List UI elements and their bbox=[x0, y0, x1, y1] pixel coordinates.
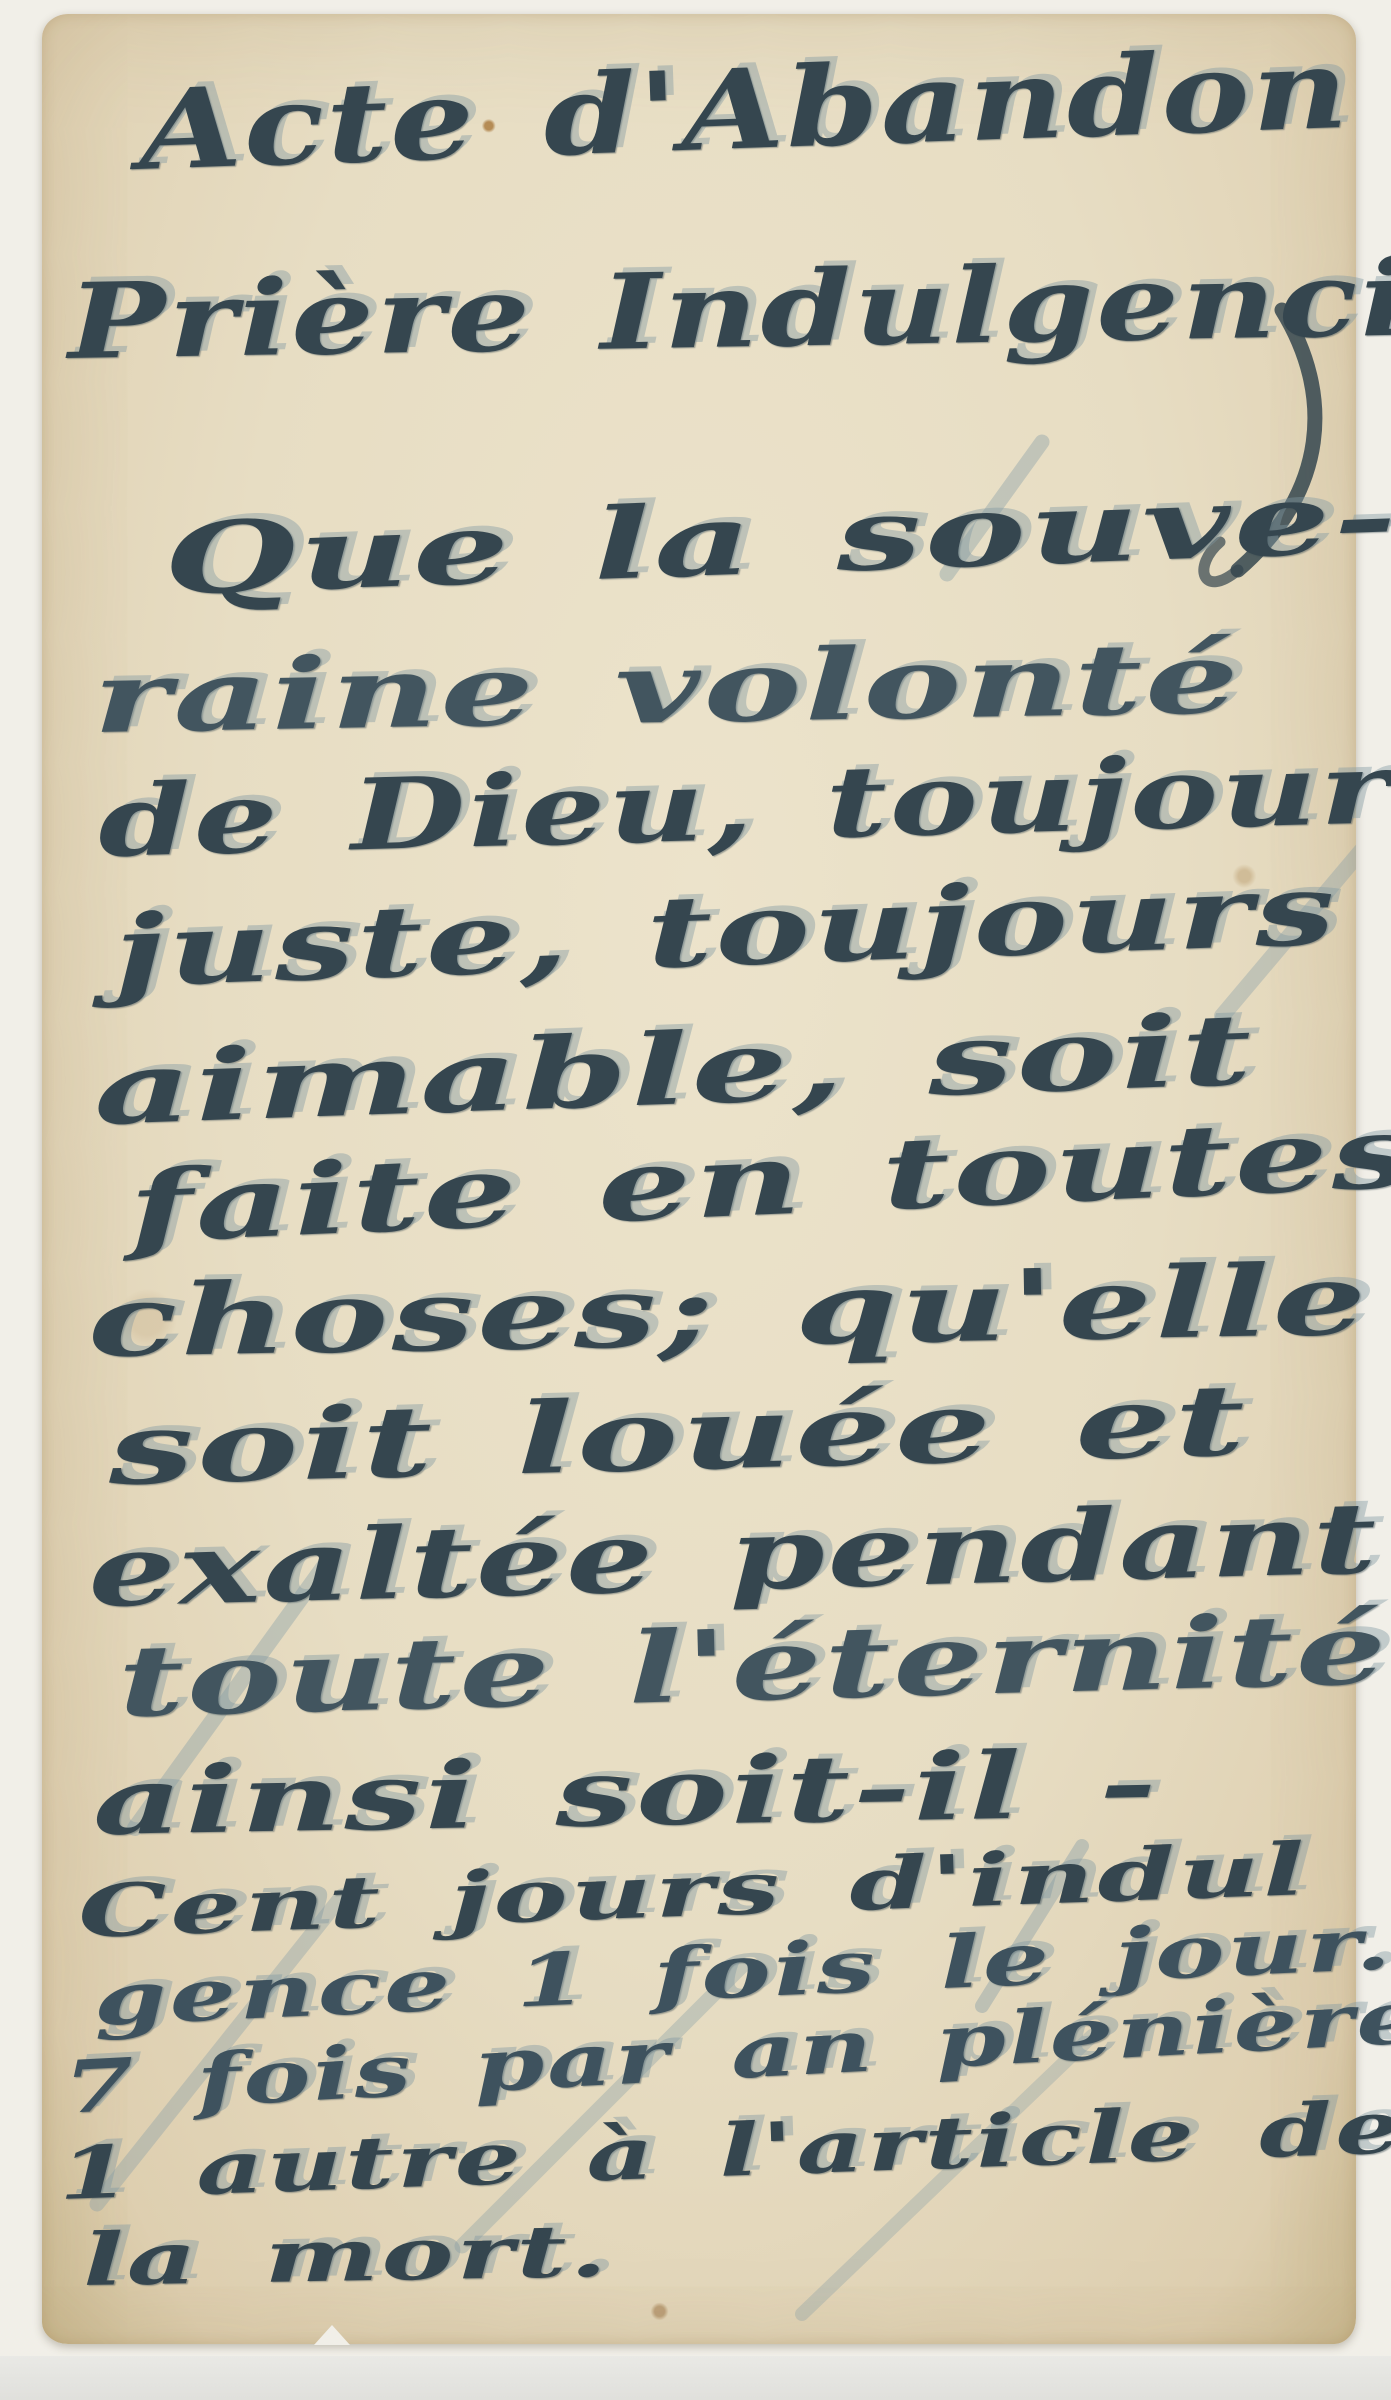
prayer-line-2: raine volonté bbox=[92, 630, 1242, 748]
heading-line-2: Prière Indulgenciée bbox=[67, 244, 1391, 374]
prayer-line-7: choses; qu'elle bbox=[87, 1252, 1370, 1372]
scanner-bed-strip bbox=[0, 2356, 1391, 2400]
prayer-line-3: de Dieu, toujours bbox=[97, 738, 1391, 872]
prayer-line-11: ainsi soit-il - bbox=[92, 1737, 1160, 1848]
indulgence-line-5: la mort. bbox=[82, 2215, 610, 2296]
prayer-line-1: Que la souve- bbox=[162, 469, 1391, 610]
manuscript-paper-card: Acte d'Abandon Prière Indulgenciée Que l… bbox=[42, 14, 1356, 2344]
prayer-line-8: soit louée et bbox=[107, 1372, 1249, 1500]
prayer-line-10: toute l'éternité bbox=[117, 1601, 1390, 1732]
paper-edge-notch bbox=[314, 2325, 350, 2345]
prayer-line-4: juste, toujours bbox=[112, 861, 1339, 1002]
heading-line-1: Acte d'Abandon bbox=[137, 34, 1352, 186]
